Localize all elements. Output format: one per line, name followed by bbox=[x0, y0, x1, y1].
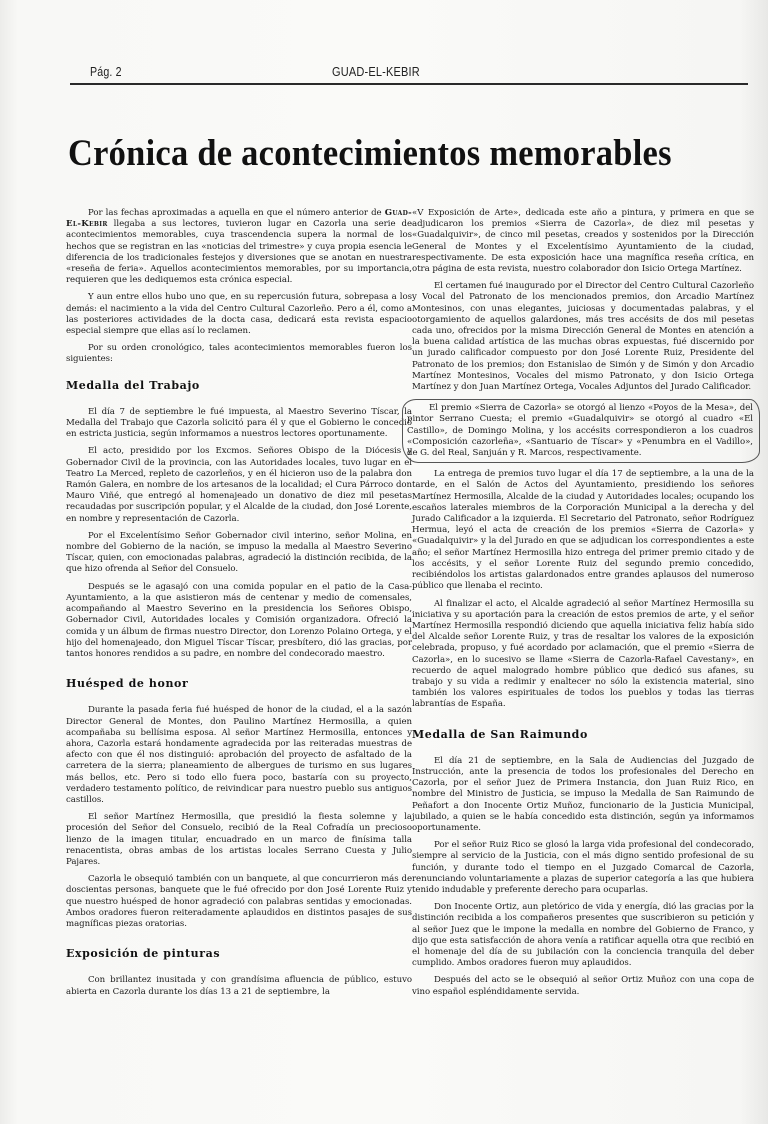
section-heading-exposicion-pinturas: Exposición de pinturas bbox=[66, 948, 412, 959]
paragraph: Cazorla le obsequió también con un banqu… bbox=[66, 874, 412, 930]
section-heading-huesped-honor: Huésped de honor bbox=[66, 678, 412, 689]
paragraph-continued: Con brillantez inusitada y con grandísim… bbox=[66, 975, 412, 997]
paragraph: Por el señor Ruiz Rico se glosó la larga… bbox=[412, 840, 754, 896]
hand-drawn-circle-annotation: El premio «Sierra de Cazorla» se otorgó … bbox=[402, 399, 760, 463]
page-number: Pág. 2 bbox=[90, 65, 122, 79]
left-column: Por las fechas aproximadas a aquella en … bbox=[66, 208, 412, 1004]
paragraph-prizes: El premio «Sierra de Cazorla» se otorgó … bbox=[407, 403, 753, 459]
paragraph: El acto, presidido por los Excmos. Señor… bbox=[66, 446, 412, 524]
right-column: «V Exposición de Arte», dedicada este añ… bbox=[412, 208, 754, 1004]
intro-paragraph-3: Por su orden cronológico, tales aconteci… bbox=[66, 343, 412, 365]
intro-text: llegaba a sus lectores, tuvieron lugar e… bbox=[66, 219, 412, 285]
paragraph: El señor Martínez Hermosilla, que presid… bbox=[66, 812, 412, 868]
masthead-title: GUAD-EL-KEBIR bbox=[332, 65, 420, 79]
intro-paragraph-2: Y aun entre ellos hubo uno que, en su re… bbox=[66, 292, 412, 337]
paragraph: El día 21 de septiembre, en la Sala de A… bbox=[412, 756, 754, 834]
paragraph: Por el Excelentísimo Señor Gobernador ci… bbox=[66, 531, 412, 576]
article-title: Crónica de acontecimientos memorables bbox=[68, 132, 710, 175]
paragraph: La entrega de premios tuvo lugar el día … bbox=[412, 469, 754, 592]
paragraph: Don Inocente Ortiz, aun pletórico de vid… bbox=[412, 902, 754, 969]
header-rule bbox=[70, 83, 748, 85]
paragraph: Después se le agasajó con una comida pop… bbox=[66, 582, 412, 660]
paragraph: El certamen fué inaugurado por el Direct… bbox=[412, 281, 754, 393]
paragraph: Después del acto se le obsequió al señor… bbox=[412, 975, 754, 997]
paragraph: El día 7 de septiembre le fué impuesta, … bbox=[66, 407, 412, 441]
section-heading-medalla-san-raimundo: Medalla de San Raimundo bbox=[412, 729, 754, 740]
section-heading-medalla-trabajo: Medalla del Trabajo bbox=[66, 380, 412, 391]
intro-text: Por las fechas aproximadas a aquella en … bbox=[88, 208, 385, 218]
paragraph-continuation: «V Exposición de Arte», dedicada este añ… bbox=[412, 208, 754, 275]
magazine-page: Pág. 2 GUAD-EL-KEBIR Crónica de aconteci… bbox=[0, 0, 768, 1124]
paragraph: Al finalizar el acto, el Alcalde agradec… bbox=[412, 599, 754, 711]
running-header: Pág. 2 GUAD-EL-KEBIR bbox=[70, 62, 750, 84]
paragraph: Durante la pasada feria fué huésped de h… bbox=[66, 705, 412, 806]
intro-paragraph-1: Por las fechas aproximadas a aquella en … bbox=[66, 208, 412, 286]
